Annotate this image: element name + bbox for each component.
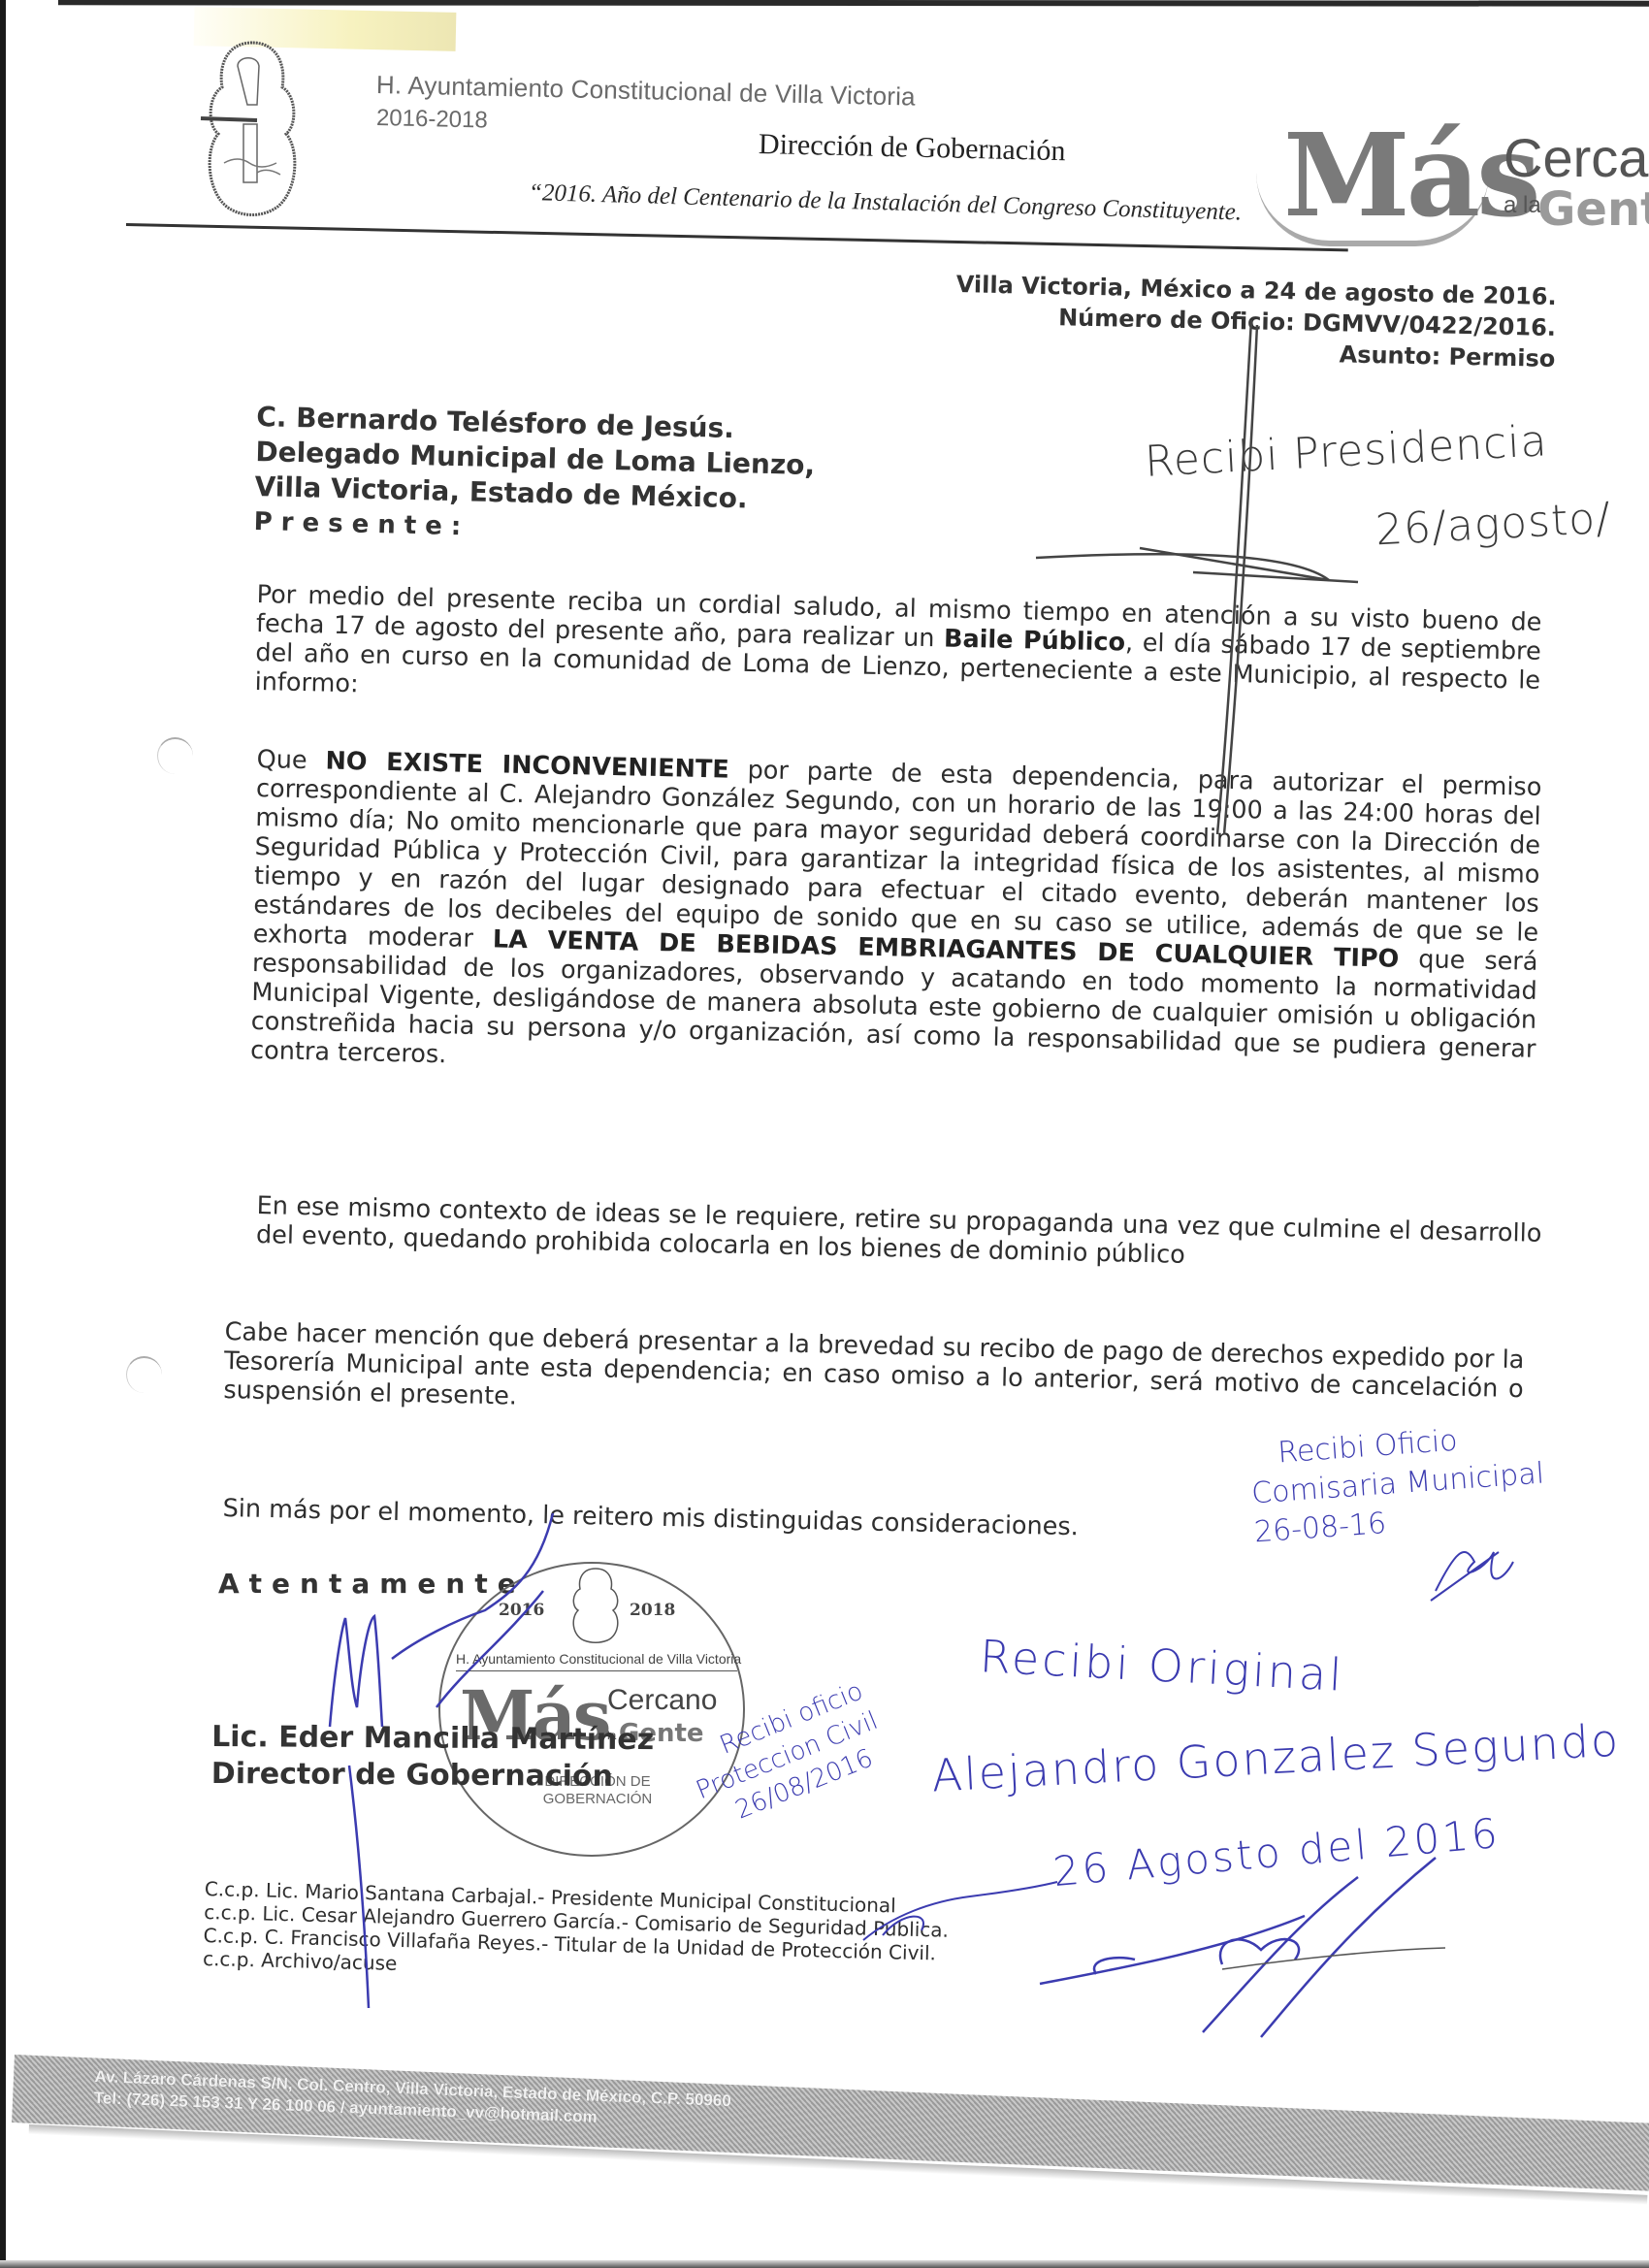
body-text: Que <box>256 745 325 776</box>
seal-crest-icon <box>566 1566 625 1643</box>
administration-period: 2016-2018 <box>376 105 488 135</box>
seal-cercano: Cercano <box>607 1684 717 1717</box>
closing-salutation: Atentamente <box>218 1568 526 1600</box>
carbon-copy-list: C.c.p. Lic. Mario Santana Carbajal.- Pre… <box>203 1877 950 1989</box>
signer-title: Director de Gobernación <box>211 1756 654 1796</box>
header-divider <box>126 223 1348 251</box>
signer-name: Lic. Eder Mancilla Martínez <box>211 1719 654 1759</box>
body-text: por parte de esta dependencia, para auto… <box>252 756 1541 955</box>
brand-logo: Más Cercano a la Gente <box>1256 114 1649 245</box>
signer-block: Lic. Eder Mancilla Martínez Director de … <box>211 1719 655 1796</box>
handwritten-receipt-presidencia-date: 26/agosto/ <box>1374 494 1612 556</box>
department-name: Dirección de Gobernación <box>759 128 1066 168</box>
paragraph-intro: Por medio del presente reciba un cordial… <box>254 580 1541 725</box>
scan-edge <box>58 0 1649 7</box>
municipal-crest-icon <box>199 37 306 221</box>
year-motto: “2016. Año del Centenario de la Instalac… <box>529 179 1243 227</box>
scan-edge <box>0 0 6 2268</box>
hole-punch-mark <box>157 737 193 774</box>
seal-year-end: 2018 <box>630 1601 675 1620</box>
paragraph-closing: Sin más por el momento, le reitero mis d… <box>222 1494 1192 1544</box>
emphasis-text: Baile Público <box>944 624 1126 657</box>
official-seal: 2016 2018 H. Ayuntamiento Constitucional… <box>438 1562 745 1857</box>
paragraph-authorization: Que NO EXISTE INCONVENIENTE por parte de… <box>250 745 1542 1093</box>
document-meta: Villa Victoria, México a 24 de agosto de… <box>954 269 1557 374</box>
brand-a-la: a la <box>1503 192 1541 219</box>
paragraph-propaganda: En ese mismo contexto de ideas se le req… <box>256 1191 1542 1278</box>
hole-punch-mark <box>126 1356 162 1393</box>
handwritten-recipient-name: Alejandro Gonzalez Segundo <box>930 1713 1621 1801</box>
comisaria-signature-icon <box>1431 1552 1513 1601</box>
seal-year-start: 2016 <box>499 1601 544 1620</box>
handwritten-receipt-presidencia: Recibi Presidencia <box>1144 416 1549 487</box>
handwritten-recipient-date: 26 Agosto del 2016 <box>1051 1809 1503 1895</box>
seal-institution: H. Ayuntamiento Constitucional de Villa … <box>456 1651 737 1671</box>
handwritten-receipt-comisaria: Recibi Oficio Comisaria Municipal 26-08-… <box>1247 1416 1548 1553</box>
paragraph-payment: Cabe hacer mención que deberá presentar … <box>223 1317 1525 1433</box>
brand-gente: Gente <box>1537 182 1649 237</box>
brand-cercano: Cercano <box>1503 126 1649 189</box>
brand-mas: Más <box>1283 118 1537 233</box>
scan-edge <box>0 2260 1649 2268</box>
addressee-block: C. Bernardo Telésforo de Jesús. Delegado… <box>253 400 816 553</box>
presidencia-signature-icon <box>1036 320 1358 834</box>
handwritten-receipt-original: Recibi Original <box>979 1630 1346 1701</box>
